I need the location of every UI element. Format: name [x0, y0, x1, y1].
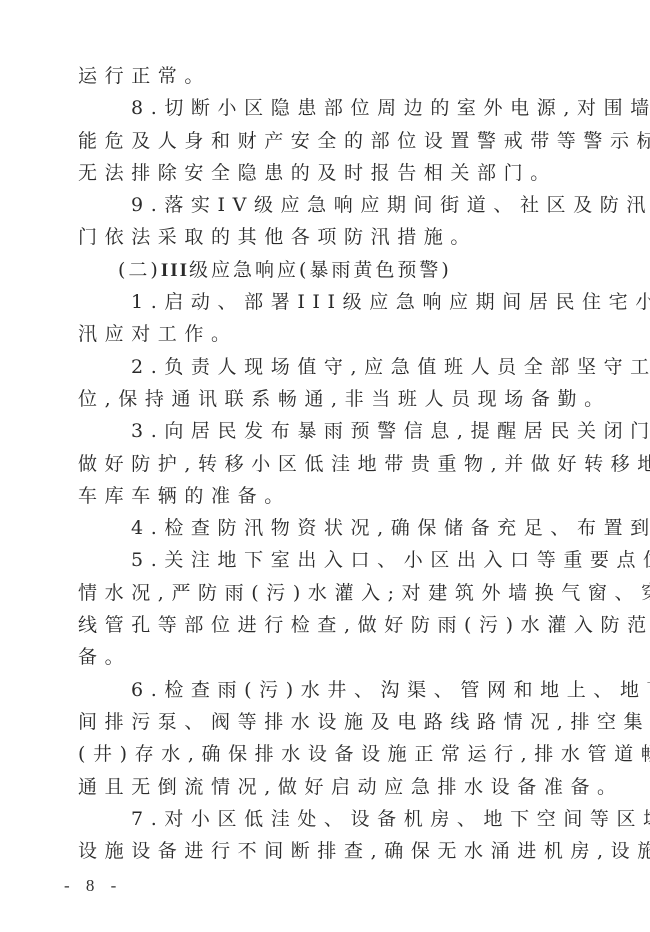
- paragraph-line: 9.落实IV级应急响应期间街道、社区及防汛指挥部: [78, 189, 562, 221]
- paragraph-line: 4.检查防汛物资状况,确保储备充足、布置到位。: [78, 512, 562, 544]
- paragraph-line: 备。: [78, 641, 562, 673]
- page-number: - 8 -: [64, 876, 122, 896]
- paragraph-line: 2.负责人现场值守,应急值班人员全部坚守工作岗: [78, 351, 562, 383]
- paragraph-line: 1.启动、部署III级应急响应期间居民住宅小区防: [78, 286, 562, 318]
- paragraph-line: 线管孔等部位进行检查,做好防雨(污)水灌入防范准: [78, 609, 562, 641]
- paragraph-line: 5.关注地下室出入口、小区出入口等重要点位的水: [78, 544, 562, 576]
- paragraph-line: 门依法采取的其他各项防汛措施。: [78, 221, 562, 253]
- document-body: 运行正常。 8.切断小区隐患部位周边的室外电源,对围墙等可 能危及人身和财产安全…: [78, 60, 562, 867]
- paragraph-line: 车库车辆的准备。: [78, 480, 562, 512]
- paragraph-line: 汛应对工作。: [78, 318, 562, 350]
- heading-title: 级应急响应(暴雨黄色预警): [189, 259, 452, 281]
- paragraph-line: 6.检查雨(污)水井、沟渠、管网和地上、地下空: [78, 674, 562, 706]
- paragraph-line: 运行正常。: [78, 60, 562, 92]
- paragraph-line: 能危及人身和财产安全的部位设置警戒带等警示标识,: [78, 125, 562, 157]
- paragraph-line: 通且无倒流情况,做好启动应急排水设备准备。: [78, 771, 562, 803]
- paragraph-line: 位,保持通讯联系畅通,非当班人员现场备勤。: [78, 383, 562, 415]
- paragraph-line: (井)存水,确保排水设备设施正常运行,排水管道畅: [78, 738, 562, 770]
- paragraph-line: 设施设备进行不间断排查,确保无水涌进机房,设施设: [78, 835, 562, 867]
- paragraph-line: 8.切断小区隐患部位周边的室外电源,对围墙等可: [78, 92, 562, 124]
- paragraph-line: 做好防护,转移小区低洼地带贵重物,并做好转移地下: [78, 448, 562, 480]
- section-heading: (二)III级应急响应(暴雨黄色预警): [78, 254, 562, 286]
- heading-level: III: [161, 260, 189, 281]
- paragraph-line: 无法排除安全隐患的及时报告相关部门。: [78, 157, 562, 189]
- paragraph-line: 间排污泵、阀等排水设施及电路线路情况,排空集水坑: [78, 706, 562, 738]
- paragraph-line: 7.对小区低洼处、设备机房、地下空间等区域内的: [78, 803, 562, 835]
- heading-number: (二): [118, 259, 161, 281]
- paragraph-line: 3.向居民发布暴雨预警信息,提醒居民关闭门窗、: [78, 415, 562, 447]
- paragraph-line: 情水况,严防雨(污)水灌入;对建筑外墙换气窗、穿: [78, 577, 562, 609]
- document-page: 运行正常。 8.切断小区隐患部位周边的室外电源,对围墙等可 能危及人身和财产安全…: [0, 0, 650, 932]
